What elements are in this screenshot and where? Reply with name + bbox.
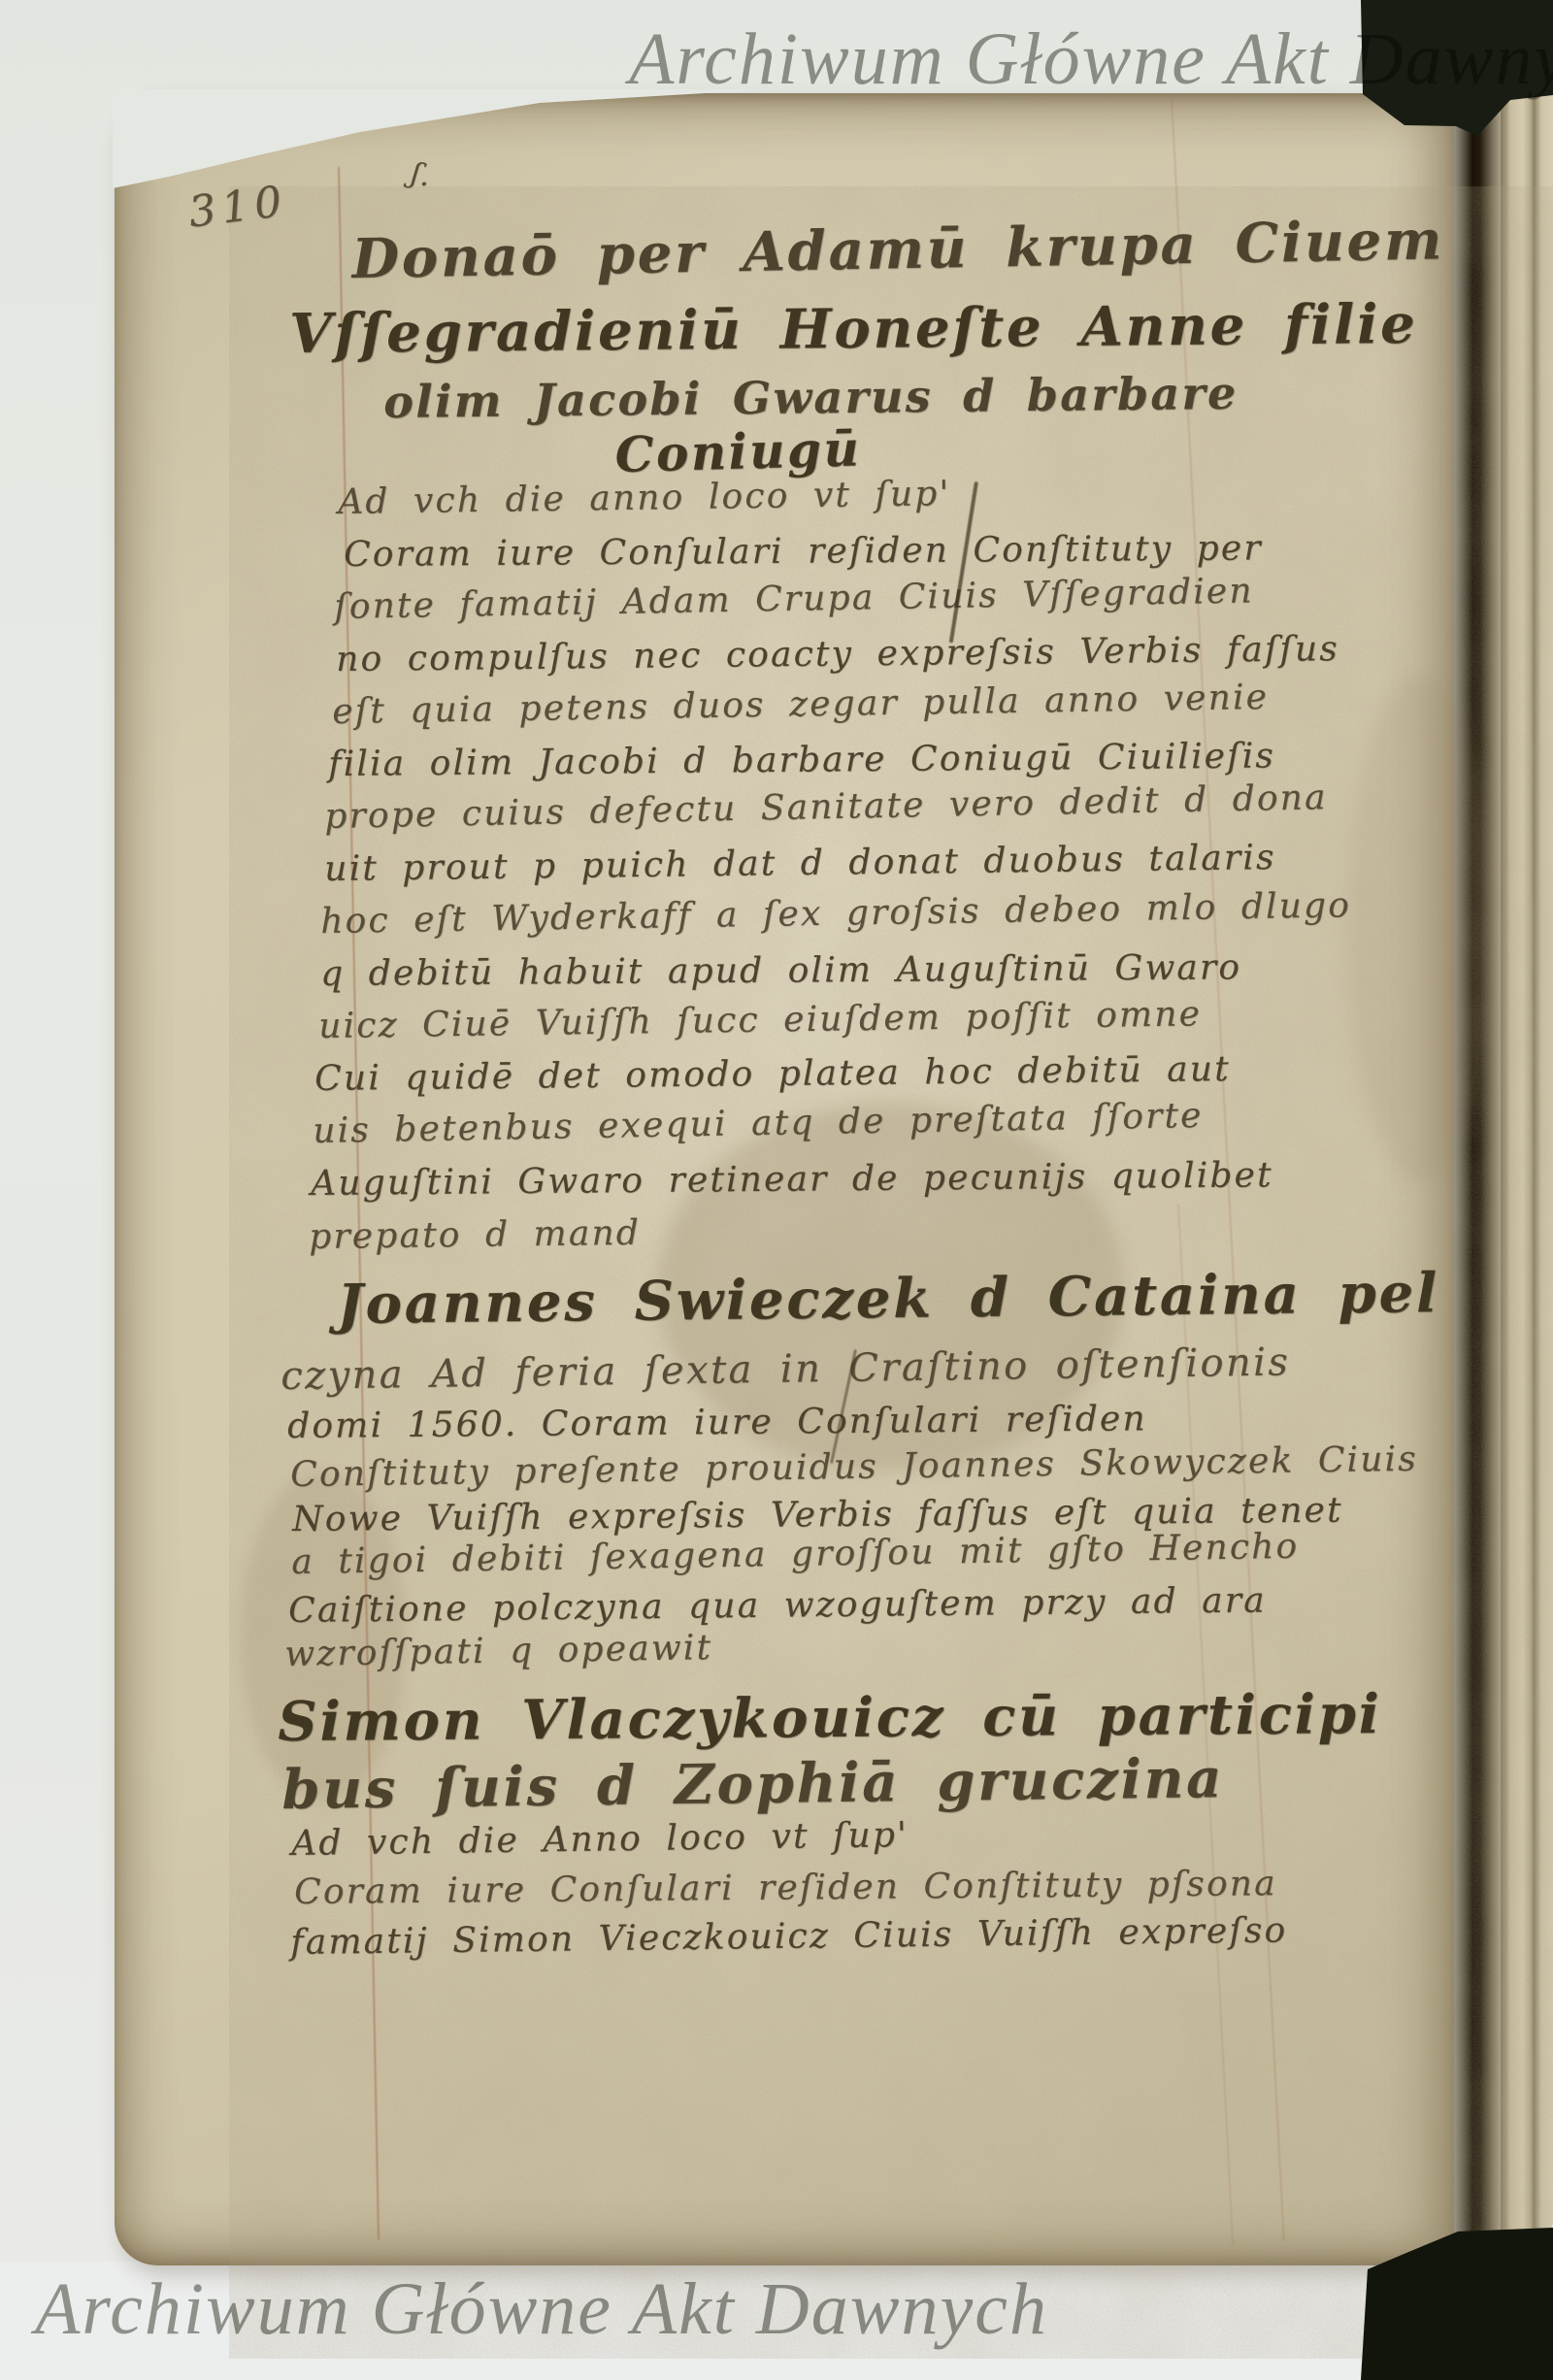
watermark-bottom: Archiwum Główne Akt Dawnych	[35, 2267, 1048, 2352]
manuscript-line: Ad vch die anno loco vt ſup'	[338, 477, 951, 520]
manuscript-line: Caiſtione polczyna qua wzoguſtem przy ad…	[288, 1583, 1267, 1629]
adjacent-page-edge	[1501, 91, 1553, 2238]
page-number: 310	[186, 181, 290, 235]
manuscript-line: Coram iure Conſulari reſiden Conſtituty …	[344, 531, 1263, 573]
bleedthrough-ghost	[1347, 676, 1493, 1180]
manuscript-line: prepato d mand	[309, 1216, 641, 1255]
manuscript-line: q debitū habuit apud olim Auguſtinū Gwar…	[320, 950, 1241, 992]
manuscript-line: Coram iure Conſulari reſiden Conſtituty …	[294, 1867, 1277, 1910]
manuscript-line: Simon Vlaczykouicz cū participi	[278, 1687, 1382, 1749]
manuscript-line: wzroſſpati q opeawit	[284, 1631, 712, 1672]
manuscript-line: Auguſtini Gwaro retinear de pecunijs quo…	[311, 1158, 1273, 1202]
manuscript-line: Vſſegradieniū Honeſte Anne filie	[289, 297, 1418, 361]
manuscript-line: Ad vch die Anno loco vt ſup'	[291, 1818, 909, 1862]
watermark-top: Archiwum Główne Akt Dawnych	[629, 17, 1553, 102]
manuscript-line: Joannes Swieczek d Cataina pel	[337, 1266, 1439, 1332]
manuscript-line: filia olim Jacobi d barbare Coniugū Ciui…	[328, 739, 1275, 782]
scan-background: 310 ʃ. Donaō per Adamū krupa CiuemVſſegr…	[0, 0, 1553, 2380]
manuscript-line: olim Jacobi Gwarus d barbare	[383, 371, 1239, 424]
manuscript-line: domi 1560. Coram iure Conſulari reſiden	[287, 1402, 1147, 1444]
manuscript-line: Coniugū	[614, 424, 862, 479]
manuscript-line: bus ſuis d Zophiā gruczina	[281, 1751, 1224, 1817]
manuscript-line: Cui quidē det omodo platea hoc debitū au…	[314, 1052, 1231, 1097]
